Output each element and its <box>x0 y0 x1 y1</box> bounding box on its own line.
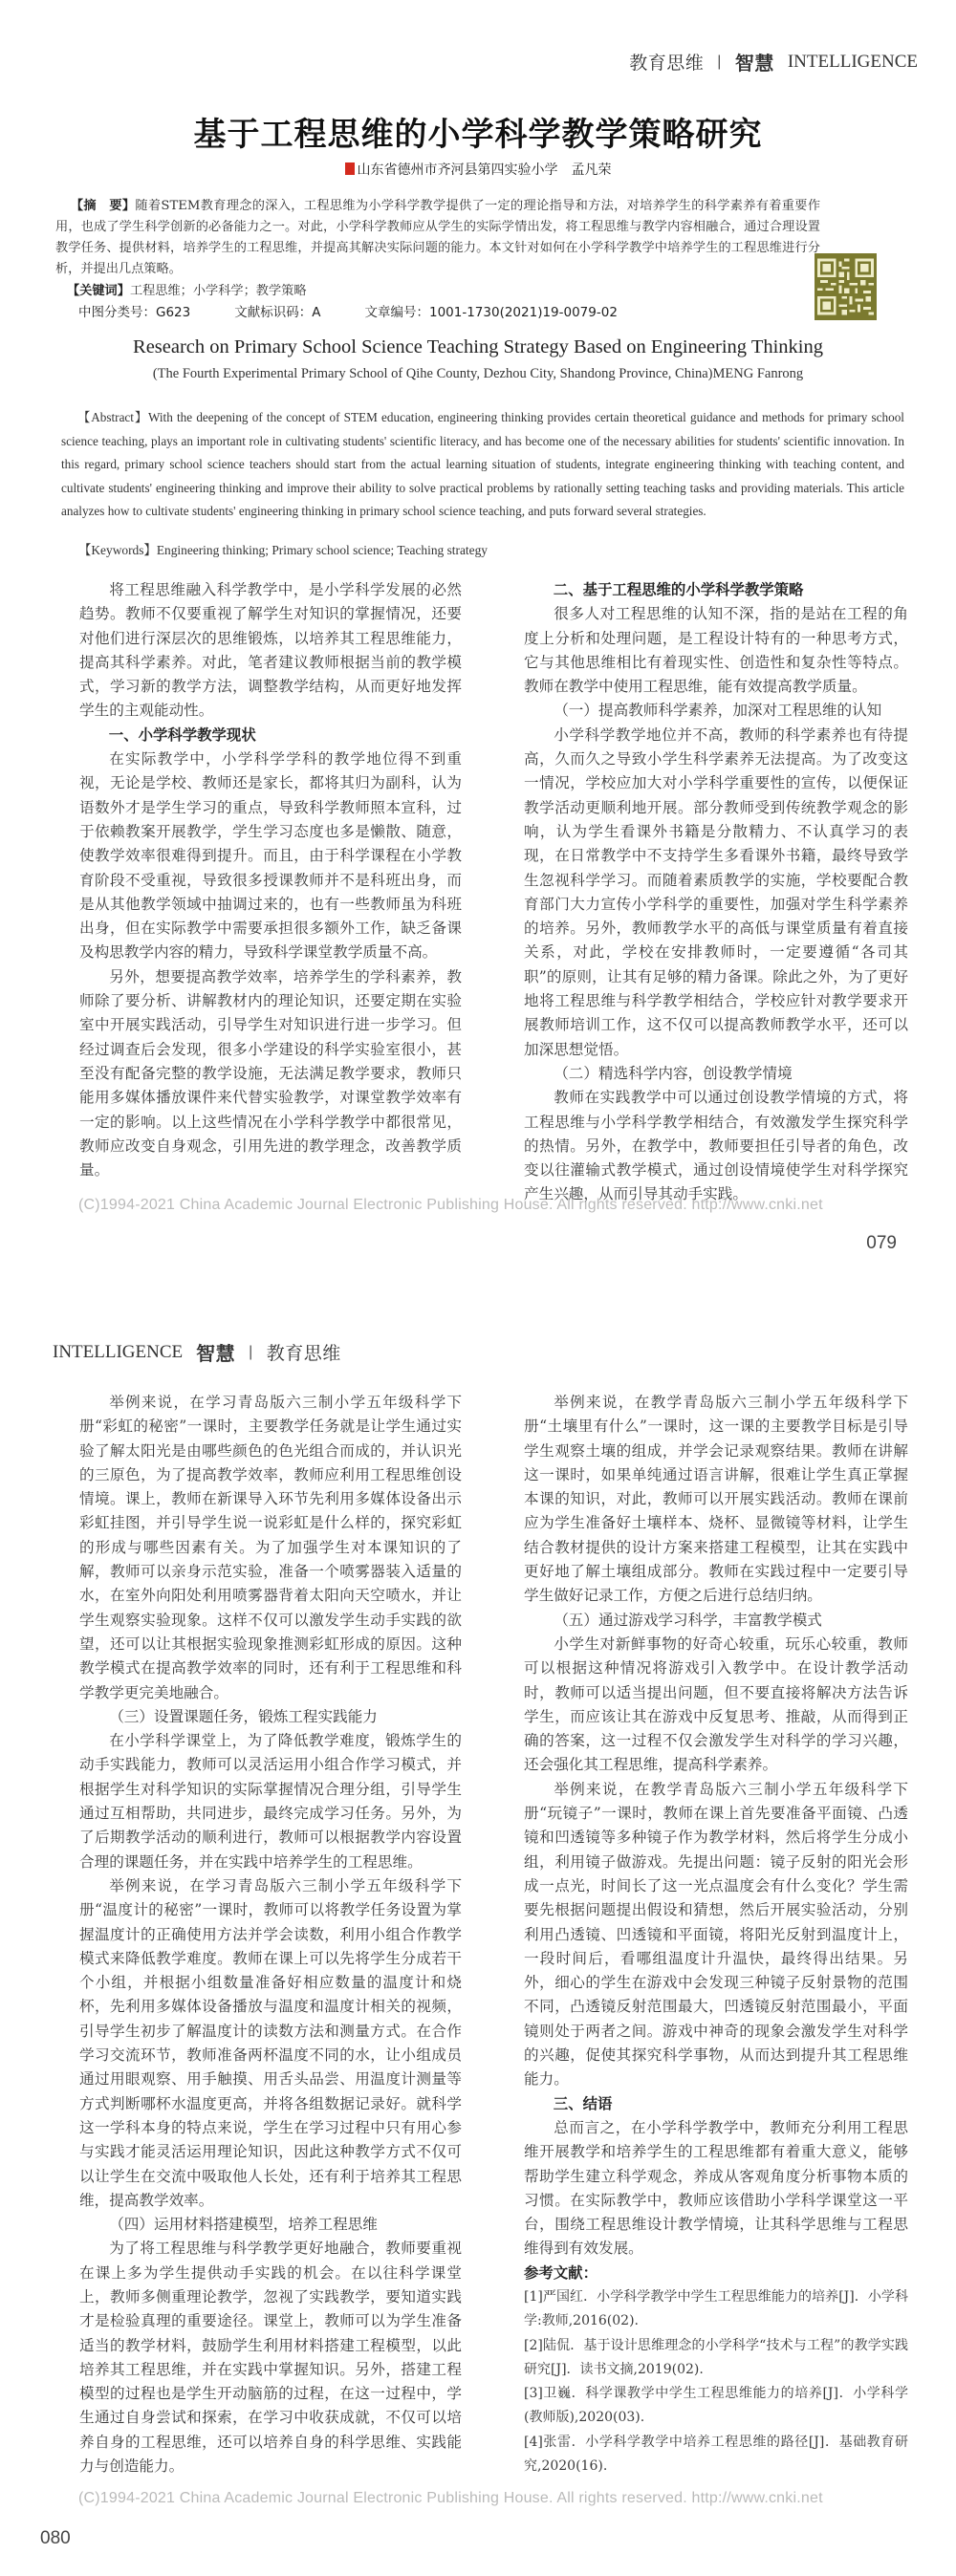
subsection-heading: （五）通过游戏学习科学，丰富教学模式 <box>524 1609 908 1633</box>
copyright-watermark: (C)1994-2021 China Academic Journal Elec… <box>78 2490 823 2507</box>
reference-item: [2]陆侃．基于设计思维理念的小学科学“技术与工程”的教学实践研究[J]．读书文… <box>524 2334 908 2383</box>
reference-item: [3]卫巍．科学课教学中学生工程思维能力的培养[J]．小学科学(教师版),202… <box>524 2382 908 2431</box>
running-head-separator: | <box>249 1344 253 1361</box>
body-paragraph: 另外，想要提高教学效率，培养学生的学科素养，教师除了要分析、讲解教材内的理论知识… <box>79 965 462 1183</box>
keywords-en-label: 【Keywords】 <box>78 543 157 557</box>
affiliation-text: 山东省德州市齐河县第四实验小学 孟凡荣 <box>358 162 612 178</box>
abstract-zh-text: 随着STEM教育理念的深入，工程思维为小学科学教学提供了一定的理论指导和方法，对… <box>55 199 820 276</box>
subsection-heading: （一）提高教师科学素养，加深对工程思维的认知 <box>524 699 908 723</box>
running-head-column-en: INTELLIGENCE <box>53 1342 183 1363</box>
body-paragraph: 在实际教学中，小学科学学科的教学地位得不到重视，无论是学校、教师还是家长，都将其… <box>79 747 462 965</box>
abstract-en-label: 【Abstract】 <box>77 410 148 424</box>
keywords-zh-text: 工程思维；小学科学；教学策略 <box>130 284 307 298</box>
intro-paragraph: 将工程思维融入科学教学中，是小学科学发展的必然趋势。教师不仅要重视了解学生对知识… <box>79 578 462 724</box>
body-column-left: 将工程思维融入科学教学中，是小学科学发展的必然趋势。教师不仅要重视了解学生对知识… <box>79 578 462 1182</box>
reference-item: [4]张雷．小学科学教学中培养工程思维的路径[J]．基础教育研究,2020(16… <box>524 2431 908 2479</box>
keywords-en-text: Engineering thinking; Primary school sci… <box>157 543 488 557</box>
classification-line: 中图分类号：G623 文献标识码：A 文章编号：1001-1730(2021)1… <box>78 301 618 320</box>
clc-value: G623 <box>156 305 190 320</box>
clc-number: 中图分类号：G623 <box>78 301 190 320</box>
author-affiliation: 山东省德州市齐河县第四实验小学 孟凡荣 <box>0 160 956 179</box>
abstract-en: 【Abstract】With the deepening of the conc… <box>61 406 904 524</box>
page-number: 080 <box>40 2528 71 2549</box>
abstract-zh-label: 【摘 要】 <box>71 199 136 213</box>
copyright-watermark: (C)1994-2021 China Academic Journal Elec… <box>78 1197 823 1214</box>
section-heading: 一、小学科学教学现状 <box>79 724 462 747</box>
running-head: 教育思维 | 智慧 INTELLIGENCE <box>629 48 918 76</box>
journal-page-079: 教育思维 | 智慧 INTELLIGENCE 基于工程思维的小学科学教学策略研究… <box>0 0 956 1281</box>
doc-code-value: A <box>312 305 320 320</box>
section-heading: 二、基于工程思维的小学科学教学策略 <box>524 578 908 602</box>
article-number-label: 文章编号： <box>364 305 429 320</box>
body-paragraph: 举例来说，在学习青岛版六三制小学五年级科学下册“温度计的秘密”一课时，教师可以将… <box>79 1874 462 2213</box>
english-affiliation: (The Fourth Experimental Primary School … <box>0 366 956 382</box>
article-title: 基于工程思维的小学科学教学策略研究 <box>0 108 956 155</box>
article-number-value: 1001-1730(2021)19-0079-02 <box>429 305 618 320</box>
body-paragraph: 举例来说，在教学青岛版六三制小学五年级科学下册“土壤里有什么”一课时，这一课的主… <box>524 1391 908 1609</box>
section-heading: 三、结语 <box>524 2092 908 2116</box>
qr-code-icon <box>815 253 877 320</box>
body-paragraph: 总而言之，在小学科学教学中，教师充分利用工程思维开展教学和培养学生的工程思维都有… <box>524 2116 908 2262</box>
red-square-marker-icon <box>345 162 355 175</box>
doc-code-label: 文献标识码： <box>234 305 312 320</box>
article-number: 文章编号：1001-1730(2021)19-0079-02 <box>364 301 617 320</box>
running-head: INTELLIGENCE 智慧 | 教育思维 <box>53 1338 341 1366</box>
body-paragraph: 很多人对工程思维的认知不深，指的是站在工程的角度上分析和处理问题，是工程设计特有… <box>524 602 908 699</box>
abstract-en-text: With the deepening of the concept of STE… <box>61 410 904 518</box>
subsection-heading: （四）运用材料搭建模型，培养工程思维 <box>79 2213 462 2237</box>
reference-item: [1]严国红．小学科学教学中学生工程思维能力的培养[J]．小学科学:教师,201… <box>524 2285 908 2334</box>
references-heading: 参考文献： <box>524 2262 908 2285</box>
document-code: 文献标识码：A <box>234 301 320 320</box>
running-head-column: 智慧 <box>196 1338 235 1366</box>
body-paragraph: 举例来说，在学习青岛版六三制小学五年级科学下册“彩虹的秘密”一课时，主要教学任务… <box>79 1391 462 1705</box>
body-column-left: 举例来说，在学习青岛版六三制小学五年级科学下册“彩虹的秘密”一课时，主要教学任务… <box>79 1391 462 2479</box>
body-paragraph: 教师在实践教学中可以通过创设教学情境的方式，将工程思维与小学科学教学相结合，有效… <box>524 1086 908 1206</box>
running-head-section: 教育思维 <box>267 1339 341 1365</box>
running-head-column: 智慧 <box>735 48 774 76</box>
page-number: 079 <box>866 1233 897 1254</box>
body-column-right: 举例来说，在教学青岛版六三制小学五年级科学下册“土壤里有什么”一课时，这一课的主… <box>524 1391 908 2479</box>
body-column-right: 二、基于工程思维的小学科学教学策略 很多人对工程思维的认知不深，指的是站在工程的… <box>524 578 908 1207</box>
clc-label: 中图分类号： <box>78 305 156 320</box>
subsection-heading: （二）精选科学内容，创设教学情境 <box>524 1062 908 1086</box>
body-paragraph: 举例来说，在教学青岛版六三制小学五年级科学下册“玩镜子”一课时，教师在课上首先要… <box>524 1778 908 2092</box>
body-paragraph: 小学生对新鲜事物的好奇心较重，玩乐心较重，教师可以根据这种情况将游戏引入教学中。… <box>524 1633 908 1778</box>
subsection-heading: （三）设置课题任务，锻炼工程实践能力 <box>79 1705 462 1729</box>
running-head-column-en: INTELLIGENCE <box>788 52 918 73</box>
body-paragraph: 小学科学教学地位并不高，教师的科学素养也有待提高，久而久之导致小学生科学素养无法… <box>524 724 908 1062</box>
keywords-en: 【Keywords】Engineering thinking; Primary … <box>78 540 488 558</box>
running-head-section: 教育思维 <box>629 49 704 75</box>
running-head-separator: | <box>717 54 722 71</box>
keywords-zh-label: 【关键词】 <box>67 284 130 298</box>
body-paragraph: 在小学科学课堂上，为了降低教学难度，锻炼学生的动手实践能力，教师可以灵活运用小组… <box>79 1729 462 1874</box>
english-title: Research on Primary School Science Teach… <box>0 336 956 358</box>
abstract-zh: 【摘 要】随着STEM教育理念的深入，工程思维为小学科学教学提供了一定的理论指导… <box>55 196 820 280</box>
keywords-zh: 【关键词】工程思维；小学科学；教学策略 <box>67 280 307 298</box>
body-paragraph: 为了将工程思维与科学教学更好地融合，教师要重视在课上多为学生提供动手实践的机会。… <box>79 2237 462 2479</box>
